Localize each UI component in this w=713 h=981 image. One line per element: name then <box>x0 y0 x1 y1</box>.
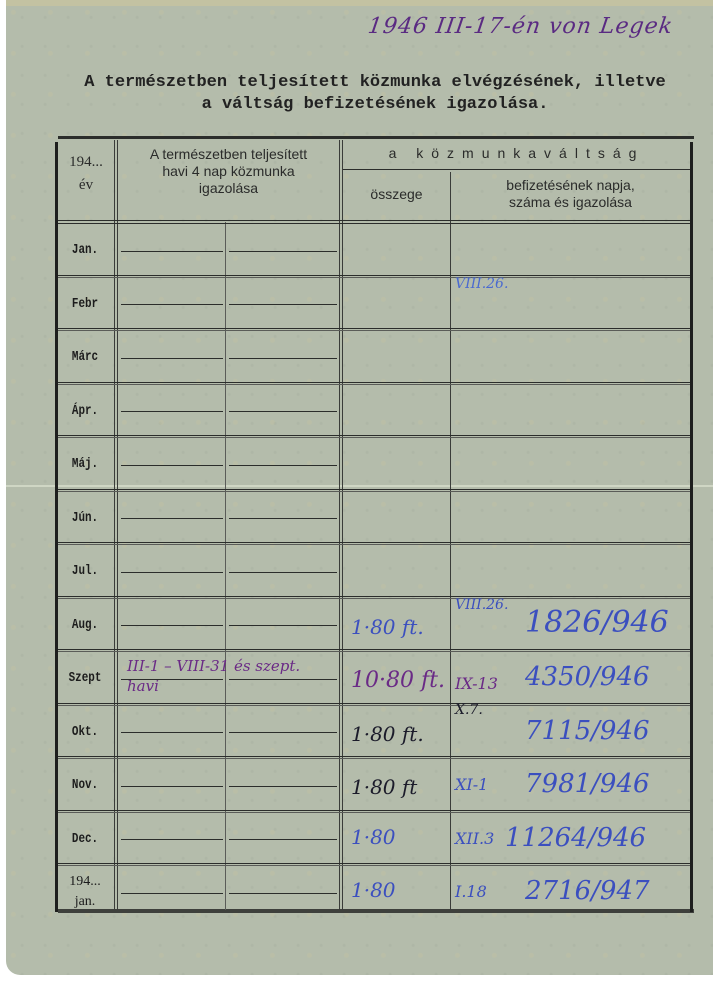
row-rule-a <box>58 382 690 383</box>
row-rule-a <box>58 542 690 543</box>
work-midline-2 <box>229 839 337 840</box>
payment-date-cell: VIII.26. <box>455 276 508 292</box>
row-rule-a <box>58 275 690 276</box>
work-header-line3: igazolása <box>118 180 339 197</box>
payment-header-line1: befizetésének napja, <box>451 177 690 194</box>
group-header-rule <box>343 169 690 170</box>
work-midline-1 <box>121 465 223 466</box>
year-header-line2: év <box>58 177 114 194</box>
amount-cell: 1·80 ft <box>351 775 417 799</box>
payment-date-cell: IX-13 <box>455 674 498 693</box>
month-label: Máj. <box>62 456 109 472</box>
month-label-year: 194... <box>55 874 115 890</box>
work-midline-2 <box>229 411 337 412</box>
work-header: A természetben teljesített havi 4 nap kö… <box>118 146 339 197</box>
table-row: Nov.1·80 ftXI-17981/946 <box>55 759 693 813</box>
row-rule-a <box>58 703 690 704</box>
month-label: Nov. <box>62 777 109 793</box>
work-midline-2 <box>229 732 337 733</box>
work-header-line1: A természetben teljesített <box>118 146 339 163</box>
payment-number-cell: 7115/946 <box>525 716 650 746</box>
title-line-2: a váltság befizetésének igazolása. <box>60 94 690 116</box>
amount-header: összege <box>343 186 450 203</box>
header-bottom-rule-a <box>58 220 690 221</box>
work-midline-2 <box>229 786 337 787</box>
table-row: Aug.1·80 ft.VIII.26.1826/946 <box>55 599 693 653</box>
work-midline-1 <box>121 625 223 626</box>
table-row: Ápr. <box>55 385 693 439</box>
work-midline-1 <box>121 893 223 894</box>
work-midline-2 <box>229 304 337 305</box>
payment-number-cell: 2716/947 <box>525 876 650 906</box>
work-midline-1 <box>121 358 223 359</box>
work-midline-2 <box>229 465 337 466</box>
work-midline-2 <box>229 572 337 573</box>
title-line-1: A természetben teljesített közmunka elvé… <box>60 72 690 94</box>
table-row: FebrVIII.26. <box>55 278 693 332</box>
month-label: Jul. <box>62 563 109 579</box>
month-label: jan. <box>55 894 115 910</box>
work-header-line2: havi 4 nap közmunka <box>118 163 339 180</box>
work-midline-1 <box>121 732 223 733</box>
table-row: SzeptIII-1 – VIII-31 és szept. havi10·80… <box>55 652 693 706</box>
table-row: Márc <box>55 331 693 385</box>
payment-date-cell: XI-1 <box>455 775 488 794</box>
payment-header-line2: száma és igazolása <box>451 194 690 211</box>
table-row: Jún. <box>55 492 693 546</box>
month-label: Jún. <box>62 510 109 526</box>
payment-number-cell: 7981/946 <box>525 769 650 799</box>
amount-cell: 10·80 ft. <box>351 668 445 693</box>
amount-cell: 1·80 <box>351 825 396 849</box>
payment-header: befizetésének napja, száma és igazolása <box>451 177 690 211</box>
table-row: 194... jan.1·80I.182716/947 <box>55 866 693 920</box>
year-header-line1: 194... <box>58 154 114 171</box>
month-label: Márc <box>62 349 109 365</box>
work-midline-2 <box>229 358 337 359</box>
payment-number-cell: 11264/946 <box>505 823 646 853</box>
redemption-group-header: a közmunkaváltság <box>343 145 690 162</box>
year-header: 194... év <box>58 154 114 194</box>
payment-date-cell: XII.3 <box>455 829 494 848</box>
work-cell: III-1 – VIII-31 és szept. havi <box>127 656 327 696</box>
table-top-rule <box>58 136 694 139</box>
month-label: Okt. <box>62 724 109 740</box>
row-rule-a <box>58 489 690 490</box>
work-midline-2 <box>229 893 337 894</box>
month-label: Jan. <box>62 242 109 258</box>
handwritten-header-note: 1946 III-17-én von Legek <box>366 14 675 39</box>
table-row: Dec.1·80XII.311264/946 <box>55 813 693 867</box>
row-rule-a <box>58 810 690 811</box>
amount-cell: 1·80 ft. <box>351 722 424 746</box>
month-label: Febr <box>62 296 109 312</box>
work-midline-2 <box>229 251 337 252</box>
work-midline-1 <box>121 411 223 412</box>
work-midline-1 <box>121 251 223 252</box>
payment-date-cell: I.18 <box>455 882 487 901</box>
work-midline-2 <box>229 518 337 519</box>
aged-top-edge <box>6 0 713 6</box>
row-rule-a <box>58 649 690 650</box>
work-midline-1 <box>121 572 223 573</box>
work-midline-1 <box>121 786 223 787</box>
work-midline-1 <box>121 304 223 305</box>
amount-cell: 1·80 ft. <box>351 615 424 639</box>
table-row: Jan. <box>55 224 693 278</box>
payment-date-cell: X.7. <box>455 702 483 718</box>
document-title: A természetben teljesített közmunka elvé… <box>60 72 690 116</box>
row-rule-a <box>58 435 690 436</box>
work-midline-1 <box>121 839 223 840</box>
amount-cell: 1·80 <box>351 878 396 902</box>
row-rule-a <box>58 328 690 329</box>
month-label: Aug. <box>62 617 109 633</box>
row-rule-a <box>58 596 690 597</box>
certificate-table: 194... év A természetben teljesített hav… <box>55 136 693 912</box>
row-rule-a <box>58 863 690 864</box>
work-midline-1 <box>121 518 223 519</box>
payment-date-cell: VIII.26. <box>455 597 508 613</box>
table-row: Okt.1·80 ft.X.7.7115/946 <box>55 706 693 760</box>
table-row: Jul. <box>55 545 693 599</box>
work-midline-2 <box>229 625 337 626</box>
table-row: Máj. <box>55 438 693 492</box>
month-label: Dec. <box>62 831 109 847</box>
payment-number-cell: 1826/946 <box>525 605 669 640</box>
payment-number-cell: 4350/946 <box>525 662 650 692</box>
month-label: Szept <box>62 670 109 686</box>
month-label: Ápr. <box>62 403 109 419</box>
row-rule-a <box>58 756 690 757</box>
